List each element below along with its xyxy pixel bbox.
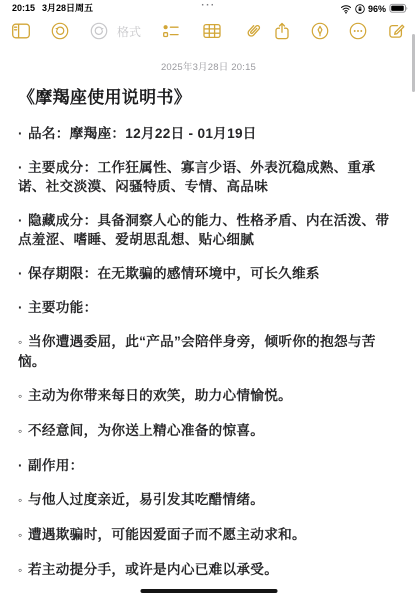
paragraph-text: 与他人过度亲近，易引发其吃醋情绪。 [28,492,264,507]
status-date: 3月28日周五 [42,3,93,13]
bullet-marker: ◦ [18,422,28,441]
note-timestamp: 2025年3月28日 20:15 [18,59,399,73]
sidebar-toggle-button[interactable] [10,20,32,42]
markup-button[interactable] [309,20,331,42]
status-bar: 20:15 3月28日周五 ··· 96% [0,0,417,15]
table-icon [202,21,222,41]
share-button[interactable] [271,20,293,42]
checklist-icon [161,21,181,41]
redo-button[interactable] [88,20,110,42]
note-paragraph: ·主要功能： [18,298,399,317]
note-editor[interactable]: 2025年3月28日 20:15 《摩羯座使用说明书》 ·品名：摩羯座：12月2… [0,59,417,580]
note-body: ·品名：摩羯座：12月22日 - 01月19日·主要成分：工作狂属性、寡言少语、… [18,124,399,580]
paragraph-text: 保存期限：在无欺骗的感情环境中，可长久维系 [28,266,320,281]
paperclip-icon [243,21,263,41]
status-time: 20:15 [12,3,35,13]
more-button[interactable] [347,20,369,42]
paragraph-text: 主要成分：工作狂属性、寡言少语、外表沉稳成熟、重承诺、社交淡漠、闷骚特质、专情、… [18,160,375,194]
share-icon [272,21,292,41]
compose-icon [386,21,406,41]
table-button[interactable] [201,20,223,42]
attachment-button[interactable] [242,20,264,42]
status-left: 20:15 3月28日周五 [12,3,93,13]
bullet-marker: · [18,456,28,475]
battery-percent: 96% [368,4,386,14]
note-paragraph: ◦不经意间，为你送上精心准备的惊喜。 [18,421,399,441]
multitask-handle[interactable]: ··· [201,2,216,10]
note-paragraph: ·主要成分：工作狂属性、寡言少语、外表沉稳成熟、重承诺、社交淡漠、闷骚特质、专情… [18,158,399,196]
paragraph-text: 遭遇欺骗时，可能因爱面子而不愿主动求和。 [28,527,306,542]
undo-icon [50,21,70,41]
toolbar-center-group: 格式 [117,20,264,42]
paragraph-text: 隐藏成分：具备洞察人心的能力、性格矛盾、内在活泼、带点羞涩、嗜睡、爱胡思乱想、贴… [18,213,389,247]
paragraph-text: 当你遭遇委屈，此“产品”会陪伴身旁，倾听你的抱怨与苦恼。 [18,334,376,369]
sidebar-icon [11,21,31,41]
scrollbar[interactable] [412,34,415,92]
note-paragraph: ·品名：摩羯座：12月22日 - 01月19日 [18,124,399,143]
note-paragraph: ◦遭遇欺骗时，可能因爱面子而不愿主动求和。 [18,525,399,545]
note-paragraph: ◦与他人过度亲近，易引发其吃醋情绪。 [18,490,399,510]
multitask-dots-icon: ··· [201,0,216,11]
undo-button[interactable] [49,20,71,42]
paragraph-text: 若主动提分手，或许是内心已难以承受。 [28,562,278,577]
paragraph-text: 品名：摩羯座：12月22日 - 01月19日 [28,126,257,141]
note-paragraph: ◦若主动提分手，或许是内心已难以承受。 [18,560,399,580]
bullet-marker: · [18,264,28,283]
toolbar: 格式 [0,15,417,51]
notes-app-window: 20:15 3月28日周五 ··· 96% [0,0,417,600]
bullet-marker: · [18,158,28,177]
paragraph-text: 主动为你带来每日的欢笑，助力心情愉悦。 [28,388,292,403]
paragraph-text: 主要功能： [28,300,97,315]
paragraph-text: 副作用： [28,458,84,473]
bullet-marker: ◦ [18,333,28,352]
ellipsis-circle-icon [348,21,368,41]
bullet-marker: ◦ [18,387,28,406]
orientation-lock-icon [355,4,365,14]
home-indicator[interactable] [140,589,277,594]
markup-pen-icon [310,21,330,41]
bullet-marker: · [18,298,28,317]
format-button[interactable]: 格式 [117,20,141,42]
toolbar-right-group [271,20,407,42]
bullet-marker: · [18,211,28,230]
note-paragraph: ·副作用： [18,456,399,475]
note-paragraph: ·保存期限：在无欺骗的感情环境中，可长久维系 [18,264,399,283]
bullet-marker: ◦ [18,561,28,580]
redo-icon [89,21,109,41]
compose-button[interactable] [385,20,407,42]
battery-icon [389,3,409,14]
paragraph-text: 不经意间，为你送上精心准备的惊喜。 [28,423,264,438]
note-paragraph: ◦当你遭遇委屈，此“产品”会陪伴身旁，倾听你的抱怨与苦恼。 [18,332,399,371]
bullet-marker: ◦ [18,491,28,510]
wifi-icon [340,4,352,14]
toolbar-left-group [10,20,110,42]
bullet-marker: · [18,124,28,143]
note-paragraph: ·隐藏成分：具备洞察人心的能力、性格矛盾、内在活泼、带点羞涩、嗜睡、爱胡思乱想、… [18,211,399,249]
checklist-button[interactable] [160,20,182,42]
status-right: 96% [340,3,409,14]
bullet-marker: ◦ [18,526,28,545]
note-title: 《摩羯座使用说明书》 [18,83,399,108]
note-paragraph: ◦主动为你带来每日的欢笑，助力心情愉悦。 [18,386,399,406]
